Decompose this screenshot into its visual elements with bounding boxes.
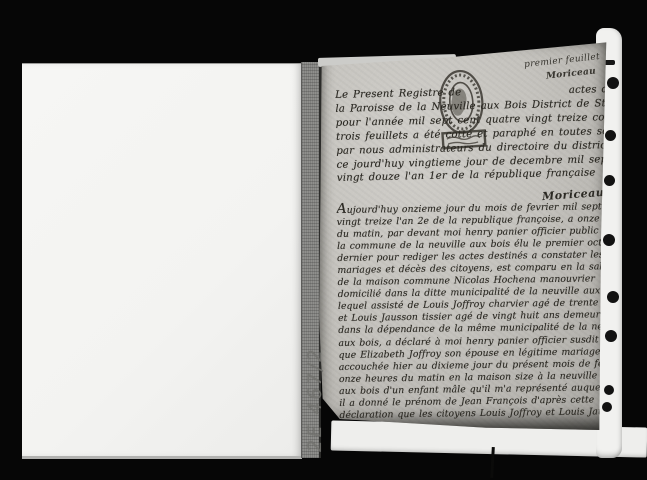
- punch-hole: [605, 330, 617, 342]
- birth-act-paragraph: Aujourd'huy onzieme jour du mois de fevr…: [336, 199, 621, 422]
- manuscript-page: premier feuillet Moriceau Le Present Reg…: [318, 40, 608, 434]
- archive-cote-label: 2E 467/2: [304, 347, 326, 452]
- opening-paragraph: Le Present Registre de actes de Naissanc…: [335, 83, 611, 186]
- punch-hole: [603, 234, 615, 246]
- microfilm-scan-frame: premier feuillet Moriceau Le Present Reg…: [0, 0, 647, 480]
- punch-hole: [607, 291, 619, 303]
- blank-left-page: [22, 63, 302, 459]
- punch-hole: [605, 130, 616, 141]
- punch-hole: [607, 77, 619, 89]
- ribbon-mark: [490, 447, 495, 478]
- flyleaf-note-line2: Moriceau: [546, 66, 597, 81]
- punch-hole: [602, 402, 612, 412]
- punch-hole: [604, 385, 614, 395]
- punch-hole: [604, 175, 615, 186]
